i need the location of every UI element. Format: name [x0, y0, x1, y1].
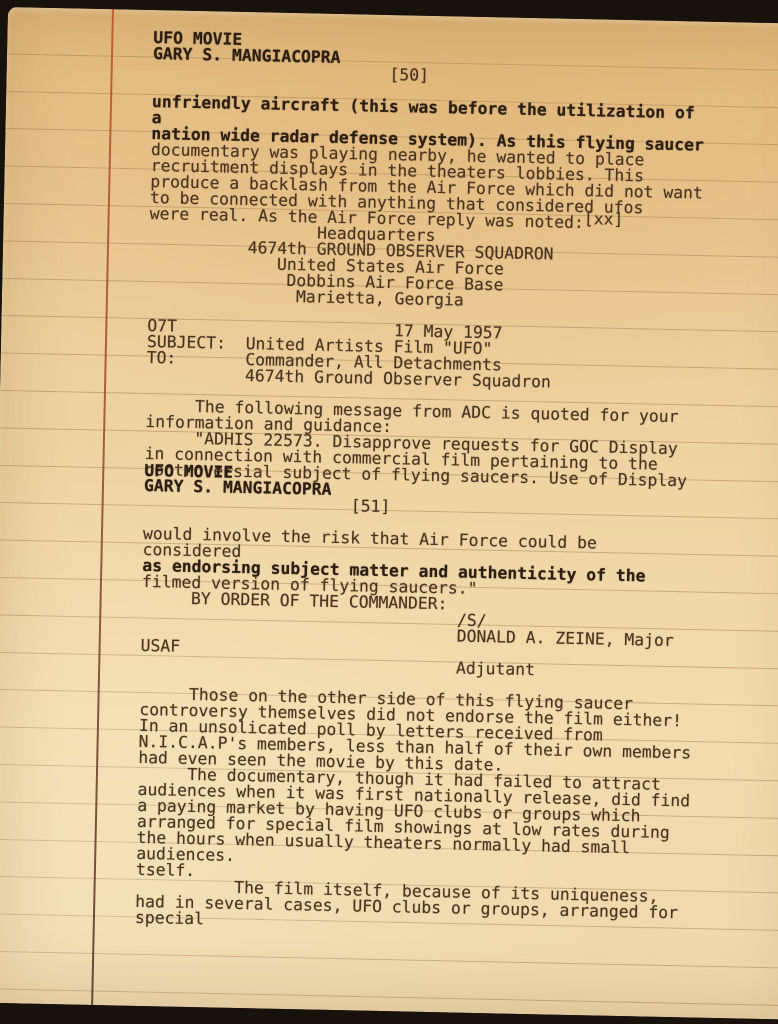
typewritten-text: UFO MOVIEGARY S. MANGIACOPRA [50]unfrien… — [135, 30, 774, 939]
red-margin-line — [91, 9, 114, 1005]
footnote-marker: [xx] — [584, 209, 624, 229]
text-line-content: special — [135, 908, 204, 928]
scanned-page: UFO MOVIEGARY S. MANGIACOPRA [50]unfrien… — [0, 7, 778, 1020]
photo-backdrop: UFO MOVIEGARY S. MANGIACOPRA [50]unfrien… — [0, 0, 778, 1024]
